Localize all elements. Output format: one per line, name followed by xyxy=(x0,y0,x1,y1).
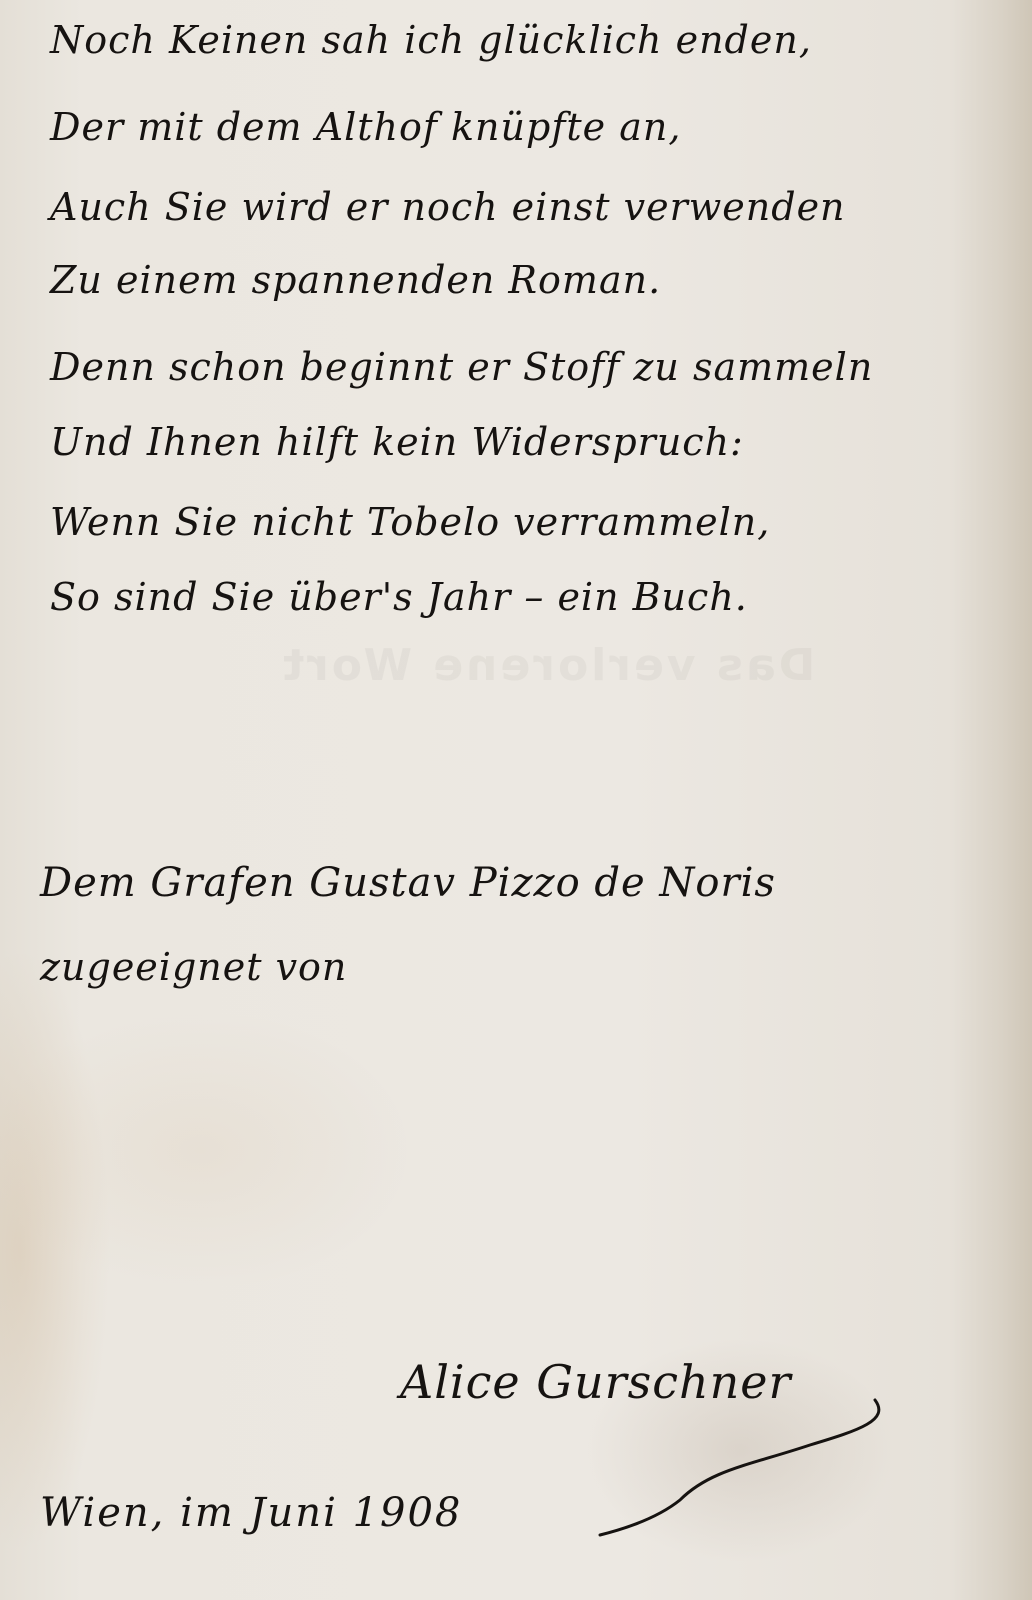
poem-line: Noch Keinen sah ich glücklich enden, xyxy=(50,18,812,62)
poem-line: Der mit dem Althof knüpfte an, xyxy=(50,105,681,149)
poem-line: Und Ihnen hilft kein Widerspruch: xyxy=(50,420,744,464)
poem-line: Denn schon beginnt er Stoff zu sammeln xyxy=(50,345,873,389)
dedication-line: zugeeignet von xyxy=(40,945,347,989)
poem-line: Auch Sie wird er noch einst verwenden xyxy=(50,185,846,229)
poem-line: So sind Sie über's Jahr – ein Buch. xyxy=(50,575,748,619)
manuscript-page: Das verlorene Wort Noch Keinen sah ich g… xyxy=(0,0,1032,1600)
dedication-line: Dem Grafen Gustav Pizzo de Noris xyxy=(40,860,776,906)
show-through-title: Das verlorene Wort xyxy=(280,640,815,691)
place-date: Wien, im Juni 1908 xyxy=(40,1490,462,1536)
poem-line: Zu einem spannenden Roman. xyxy=(50,258,661,302)
signature-flourish xyxy=(560,1390,900,1540)
poem-line: Wenn Sie nicht Tobelo verrammeln, xyxy=(50,500,770,544)
